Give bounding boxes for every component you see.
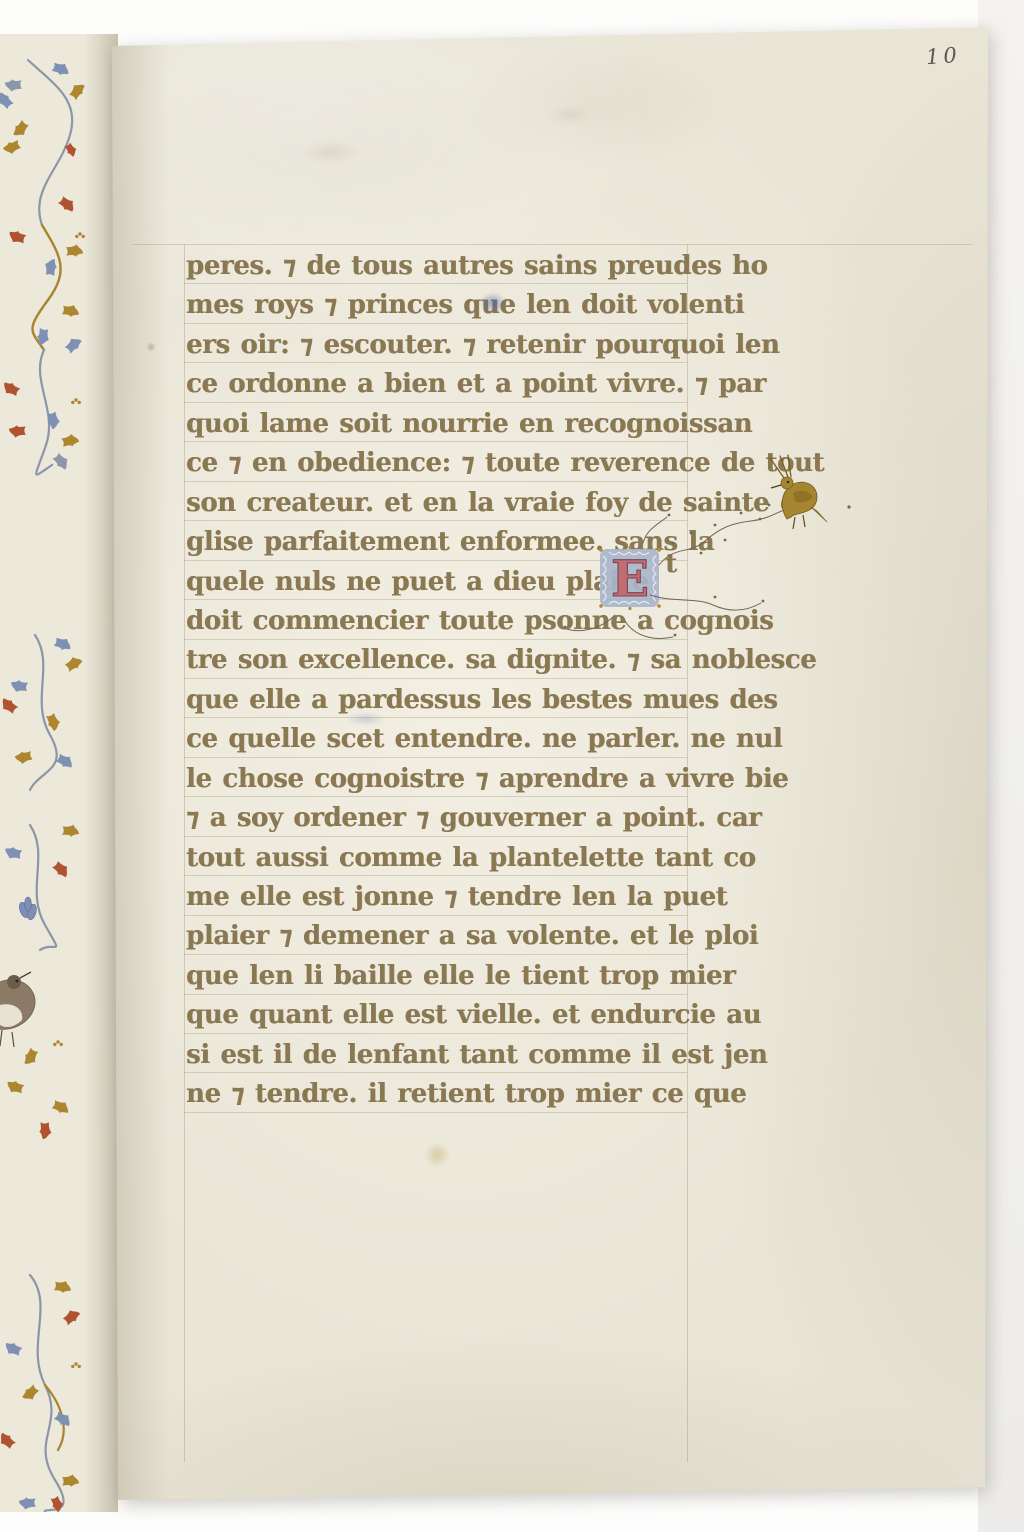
ruling-line-v (184, 244, 185, 1462)
text-line: mes roys ⁊ princes que len doit volenti (186, 286, 685, 325)
text-line: que len li baille elle le tient trop mie… (186, 957, 685, 996)
text-line: plaier ⁊ demener a sa volente. et le plo… (186, 917, 685, 956)
text-line: si est il de lenfant tant comme il est j… (186, 1036, 685, 1075)
text-line: ers oir: ⁊ escouter. ⁊ retenir pourquoi … (186, 326, 685, 365)
text-line: ⁊ a soy ordener ⁊ gouverner a point. car (186, 799, 685, 838)
folio-number: 10 (925, 43, 961, 69)
text-line: le chose cognoistre ⁊ aprendre a vivre b… (186, 760, 685, 799)
grey-smudge (300, 140, 360, 164)
text-line: peres. ⁊ de tous autres sains preudes ho (186, 247, 685, 286)
text-line: tout aussi comme la plantelette tant co (186, 839, 685, 878)
initial-E-art: E (597, 544, 663, 612)
text-line: me elle est jonne ⁊ tendre len la puet (186, 878, 685, 917)
gutter-shadow (106, 40, 170, 1500)
manuscript-photo: 10 peres. ⁊ de tous autres sains preudes… (0, 0, 1024, 1532)
text-line: ce quelle scet entendre. ne parler. ne n… (186, 720, 685, 759)
svg-text:E: E (611, 549, 649, 608)
grey-smudge (548, 106, 592, 124)
text-block: peres. ⁊ de tous autres sains preudes ho… (186, 247, 685, 1115)
text-line: son createur. et en la vraie foy de sain… (186, 484, 685, 523)
text-line: que quant elle est vielle. et endurcie a… (186, 996, 685, 1035)
manuscript-page: 10 peres. ⁊ de tous autres sains preudes… (0, 0, 1024, 1532)
page-wrapper: 10 peres. ⁊ de tous autres sains preudes… (0, 0, 1024, 1532)
yellow-stain (424, 1142, 450, 1168)
text-line: ce ⁊ en obedience: ⁊ toute reverence de … (186, 444, 685, 483)
ruling-line-h (132, 244, 972, 245)
text-line: ce ordonne a bien et a point vivre. ⁊ pa… (186, 365, 685, 404)
initial-following-letter: t (665, 549, 677, 579)
text-line: quele nuls ne puet a dieu plaire. (186, 563, 588, 602)
text-line: tre son excellence. sa dignite. ⁊ sa nob… (186, 641, 685, 680)
text-line: que elle a pardessus les bestes mues des (186, 681, 685, 720)
text-line: quoi lame soit nourrie en recognoissan (186, 405, 685, 444)
text-line: ne ⁊ tendre. il retient trop mier ce que (186, 1075, 685, 1114)
decorated-initial-E: E (597, 544, 663, 616)
